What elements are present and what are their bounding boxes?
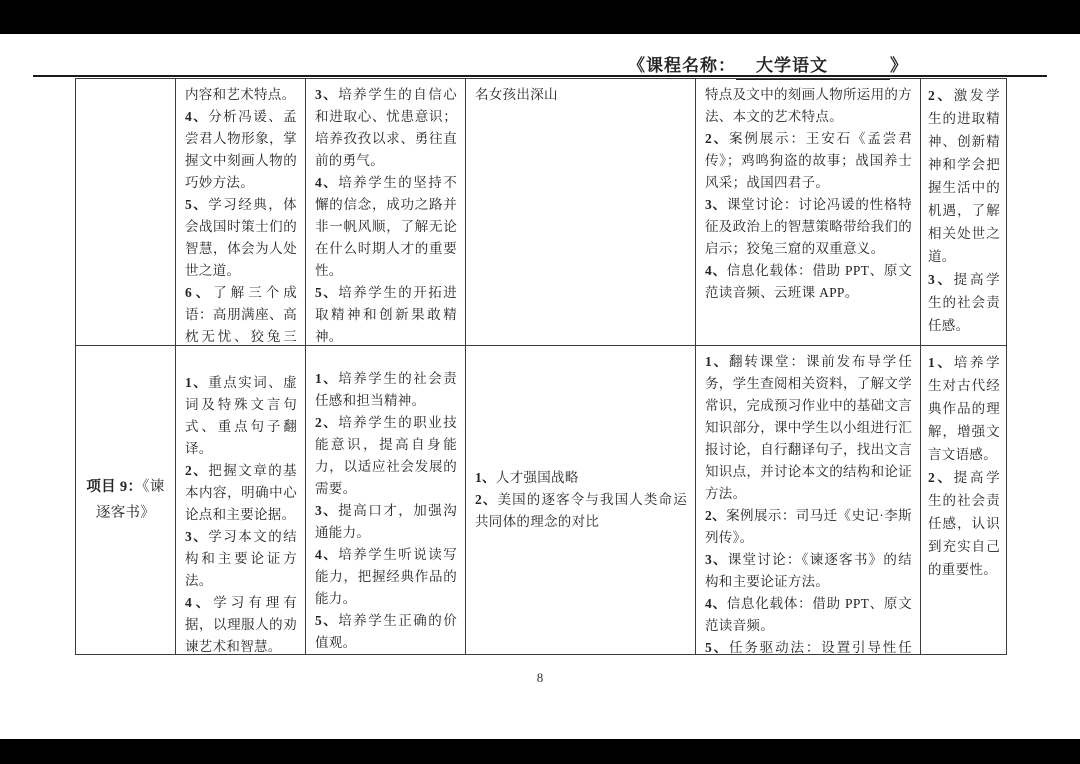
- cell-ideology-row1: 名女孩出深山: [466, 79, 696, 346]
- cell-teaching-methods-row2: 1、翻转课堂：课前发布导学任务，学生查阅相关资料，了解文学常识，完成预习作业中的…: [696, 346, 921, 654]
- bottom-letterbox-bar: [0, 739, 1080, 764]
- cell-project-row2: 项目 9：《谏逐客书》: [76, 346, 176, 654]
- cell-ability-goals-row2: 1、培养学生的社会责任感和担当精神。2、培养学生的职业技能意识，提高自身能力，以…: [306, 346, 466, 654]
- cell-expected-effects-row1: 2、激发学生的进取精神、创新精神和学会把握生活中的机遇，了解相关处世之道。3、提…: [921, 79, 1006, 346]
- cell-expected-effects-row2: 1、培养学生对古代经典作品的理解，增强文言文语感。2、提高学生的社会责任感，认识…: [921, 346, 1006, 654]
- top-letterbox-bar: [0, 0, 1080, 34]
- project-title: 项目 9：《谏逐客书》: [81, 474, 170, 526]
- syllabus-table: 内容和艺术特点。4、分析冯谖、孟尝君人物形象，掌握文中刻画人物的巧妙方法。5、学…: [75, 78, 1007, 655]
- cell-ability-goals-row1: 3、培养学生的自信心和进取心、忧患意识；培养孜孜以求、勇往直前的勇气。4、培养学…: [306, 79, 466, 346]
- cell-teaching-methods-row1: 特点及文中的刻画人物所运用的方法、本文的艺术特点。2、案例展示：王安石《孟尝君传…: [696, 79, 921, 346]
- cell-knowledge-goals-row1: 内容和艺术特点。4、分析冯谖、孟尝君人物形象，掌握文中刻画人物的巧妙方法。5、学…: [176, 79, 306, 346]
- document-page: 《课程名称：大学语文》 内容和艺术特点。4、分析冯谖、孟尝君人物形象，掌握文中刻…: [0, 0, 1080, 764]
- course-name-prefix: 《课程名称：: [628, 56, 736, 75]
- cell-knowledge-goals-row2: 1、重点实词、虚词及特殊文言句式、重点句子翻译。2、把握文章的基本内容，明确中心…: [176, 346, 306, 654]
- cell-ideology-row2: 1、人才强国战略2、美国的逐客令与我国人类命运共同体的理念的对比: [466, 346, 696, 654]
- course-name-suffix: 》: [890, 56, 908, 75]
- project-label: 项目 9：: [86, 479, 142, 495]
- cell-project-row1: [76, 79, 176, 346]
- page-number: 8: [0, 670, 1080, 686]
- header-divider: [33, 75, 1047, 77]
